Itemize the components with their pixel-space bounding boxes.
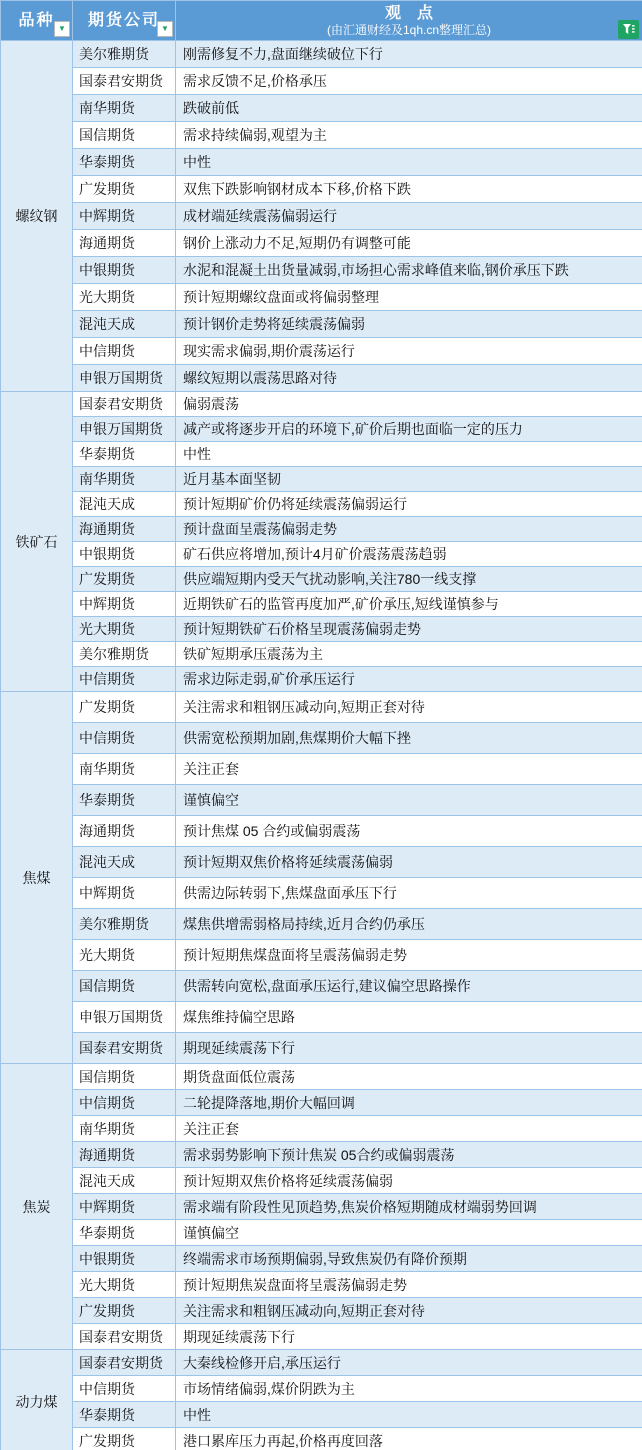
company-cell: 南华期货 [73, 754, 176, 785]
autofilter-funnel-icon[interactable] [618, 20, 639, 39]
company-cell: 中信期货 [73, 338, 176, 365]
company-cell: 中辉期货 [73, 878, 176, 909]
company-cell: 中信期货 [73, 723, 176, 754]
company-cell: 中辉期货 [73, 1194, 176, 1220]
view-cell: 中性 [176, 149, 642, 176]
company-cell: 中信期货 [73, 667, 176, 692]
company-cell: 海通期货 [73, 517, 176, 542]
company-cell: 国信期货 [73, 971, 176, 1002]
view-cell: 现实需求偏弱,期价震荡运行 [176, 338, 642, 365]
table-row: 光大期货预计短期螺纹盘面或将偏弱整理 [1, 284, 642, 311]
table-row: 海通期货预计盘面呈震荡偏弱走势 [1, 517, 642, 542]
company-cell: 国泰君安期货 [73, 68, 176, 95]
header-company: 期货公司 ▼ [73, 1, 176, 41]
table-row: 广发期货双焦下跌影响钢材成本下移,价格下跌 [1, 176, 642, 203]
company-cell: 海通期货 [73, 230, 176, 257]
view-cell: 二轮提降落地,期价大幅回调 [176, 1090, 642, 1116]
company-cell: 广发期货 [73, 176, 176, 203]
table-row: 海通期货需求弱势影响下预计焦炭 05合约或偏弱震荡 [1, 1142, 642, 1168]
company-cell: 美尔雅期货 [73, 909, 176, 940]
view-cell: 减产或将逐步开启的环境下,矿价后期也面临一定的压力 [176, 417, 642, 442]
table-row: 海通期货钢价上涨动力不足,短期仍有调整可能 [1, 230, 642, 257]
company-cell: 国信期货 [73, 1064, 176, 1090]
company-cell: 华泰期货 [73, 785, 176, 816]
table-header: 品种 ▼ 期货公司 ▼ 观 点 (由汇通财经及1qh.cn整理汇总) [1, 1, 642, 41]
table-row: 海通期货预计焦煤 05 合约或偏弱震荡 [1, 816, 642, 847]
company-cell: 中信期货 [73, 1376, 176, 1402]
company-cell: 混沌天成 [73, 847, 176, 878]
view-cell: 预计钢价走势将延续震荡偏弱 [176, 311, 642, 338]
table-row: 华泰期货谨慎偏空 [1, 1220, 642, 1246]
table-row: 广发期货供应端短期内受天气扰动影响,关注780一线支撑 [1, 567, 642, 592]
table-row: 申银万国期货煤焦维持偏空思路 [1, 1002, 642, 1033]
company-cell: 混沌天成 [73, 311, 176, 338]
view-cell: 预计短期铁矿石价格呈现震荡偏弱走势 [176, 617, 642, 642]
table-row: 美尔雅期货铁矿短期承压震荡为主 [1, 642, 642, 667]
company-cell: 中银期货 [73, 542, 176, 567]
table-row: 铁矿石国泰君安期货偏弱震荡 [1, 392, 642, 417]
company-cell: 美尔雅期货 [73, 41, 176, 68]
table-row: 中信期货现实需求偏弱,期价震荡运行 [1, 338, 642, 365]
table-row: 国信期货供需转向宽松,盘面承压运行,建议偏空思路操作 [1, 971, 642, 1002]
header-row: 品种 ▼ 期货公司 ▼ 观 点 (由汇通财经及1qh.cn整理汇总) [1, 1, 642, 41]
variety-header-label: 品种 [18, 7, 54, 30]
view-cell: 港口累库压力再起,价格再度回落 [176, 1428, 642, 1450]
view-cell: 双焦下跌影响钢材成本下移,价格下跌 [176, 176, 642, 203]
view-header-subtitle: (由汇通财经及1qh.cn整理汇总) [176, 23, 642, 38]
view-cell: 预计短期双焦价格将延续震荡偏弱 [176, 1168, 642, 1194]
company-cell: 中辉期货 [73, 203, 176, 230]
table-row: 国泰君安期货需求反馈不足,价格承压 [1, 68, 642, 95]
view-cell: 市场情绪偏弱,煤价阴跌为主 [176, 1376, 642, 1402]
company-header-label: 期货公司 [88, 7, 160, 30]
view-cell: 偏弱震荡 [176, 392, 642, 417]
view-cell: 谨慎偏空 [176, 785, 642, 816]
company-cell: 海通期货 [73, 816, 176, 847]
company-cell: 南华期货 [73, 467, 176, 492]
company-cell: 南华期货 [73, 1116, 176, 1142]
table-row: 华泰期货中性 [1, 442, 642, 467]
company-cell: 华泰期货 [73, 1402, 176, 1428]
table-row: 申银万国期货螺纹短期以震荡思路对待 [1, 365, 642, 392]
company-cell: 华泰期货 [73, 442, 176, 467]
view-cell: 大秦线检修开启,承压运行 [176, 1350, 642, 1376]
view-header: 观 点 (由汇通财经及1qh.cn整理汇总) [176, 4, 642, 38]
table-row: 螺纹钢美尔雅期货刚需修复不力,盘面继续破位下行 [1, 41, 642, 68]
company-cell: 中信期货 [73, 1090, 176, 1116]
table-row: 中信期货市场情绪偏弱,煤价阴跌为主 [1, 1376, 642, 1402]
table-body: 螺纹钢美尔雅期货刚需修复不力,盘面继续破位下行国泰君安期货需求反馈不足,价格承压… [1, 41, 642, 1450]
table-row: 华泰期货中性 [1, 149, 642, 176]
table-row: 光大期货预计短期焦煤盘面将呈震荡偏弱走势 [1, 940, 642, 971]
table-row: 广发期货关注需求和粗钢压减动向,短期正套对待 [1, 1298, 642, 1324]
view-cell: 螺纹短期以震荡思路对待 [176, 365, 642, 392]
company-cell: 广发期货 [73, 567, 176, 592]
company-cell: 国泰君安期货 [73, 392, 176, 417]
view-cell: 预计短期焦煤盘面将呈震荡偏弱走势 [176, 940, 642, 971]
company-cell: 中银期货 [73, 1246, 176, 1272]
table-row: 中信期货供需宽松预期加剧,焦煤期价大幅下挫 [1, 723, 642, 754]
view-cell: 预计短期螺纹盘面或将偏弱整理 [176, 284, 642, 311]
table-row: 广发期货港口累库压力再起,价格再度回落 [1, 1428, 642, 1450]
table-row: 混沌天成预计短期双焦价格将延续震荡偏弱 [1, 1168, 642, 1194]
company-cell: 美尔雅期货 [73, 642, 176, 667]
table-row: 中辉期货需求端有阶段性见顶趋势,焦炭价格短期随成材端弱势回调 [1, 1194, 642, 1220]
view-cell: 需求反馈不足,价格承压 [176, 68, 642, 95]
futures-opinion-table: 品种 ▼ 期货公司 ▼ 观 点 (由汇通财经及1qh.cn整理汇总) [0, 0, 642, 1450]
company-cell: 申银万国期货 [73, 1002, 176, 1033]
view-cell: 需求边际走弱,矿价承压运行 [176, 667, 642, 692]
view-cell: 预计短期双焦价格将延续震荡偏弱 [176, 847, 642, 878]
company-cell: 混沌天成 [73, 492, 176, 517]
view-cell: 期货盘面低位震荡 [176, 1064, 642, 1090]
view-cell: 预计短期焦炭盘面将呈震荡偏弱走势 [176, 1272, 642, 1298]
view-cell: 矿石供应将增加,预计4月矿价震荡震荡趋弱 [176, 542, 642, 567]
company-cell: 海通期货 [73, 1142, 176, 1168]
variety-cell: 焦煤 [1, 692, 73, 1064]
table-row: 光大期货预计短期焦炭盘面将呈震荡偏弱走势 [1, 1272, 642, 1298]
view-header-title: 观 点 [176, 4, 642, 23]
view-cell: 谨慎偏空 [176, 1220, 642, 1246]
funnel-icon [622, 23, 635, 36]
table-row: 混沌天成预计短期双焦价格将延续震荡偏弱 [1, 847, 642, 878]
table-row: 动力煤国泰君安期货大秦线检修开启,承压运行 [1, 1350, 642, 1376]
table-row: 中银期货水泥和混凝土出货量减弱,市场担心需求峰值来临,钢价承压下跌 [1, 257, 642, 284]
view-cell: 刚需修复不力,盘面继续破位下行 [176, 41, 642, 68]
view-cell: 近期铁矿石的监管再度加严,矿价承压,短线谨慎参与 [176, 592, 642, 617]
view-cell: 供需转向宽松,盘面承压运行,建议偏空思路操作 [176, 971, 642, 1002]
company-cell: 光大期货 [73, 284, 176, 311]
view-cell: 关注正套 [176, 1116, 642, 1142]
company-cell: 申银万国期货 [73, 365, 176, 392]
company-cell: 华泰期货 [73, 1220, 176, 1246]
table-row: 中辉期货供需边际转弱下,焦煤盘面承压下行 [1, 878, 642, 909]
table-row: 中银期货矿石供应将增加,预计4月矿价震荡震荡趋弱 [1, 542, 642, 567]
company-cell: 中辉期货 [73, 592, 176, 617]
company-cell: 国泰君安期货 [73, 1033, 176, 1064]
table-row: 华泰期货谨慎偏空 [1, 785, 642, 816]
company-cell: 混沌天成 [73, 1168, 176, 1194]
view-cell: 预计盘面呈震荡偏弱走势 [176, 517, 642, 542]
variety-cell: 螺纹钢 [1, 41, 73, 392]
company-cell: 国信期货 [73, 122, 176, 149]
variety-filter-dropdown-icon[interactable]: ▼ [54, 21, 70, 37]
table-row: 国泰君安期货期现延续震荡下行 [1, 1033, 642, 1064]
view-cell: 供应端短期内受天气扰动影响,关注780一线支撑 [176, 567, 642, 592]
view-cell: 铁矿短期承压震荡为主 [176, 642, 642, 667]
table-row: 混沌天成预计钢价走势将延续震荡偏弱 [1, 311, 642, 338]
table-row: 中辉期货成材端延续震荡偏弱运行 [1, 203, 642, 230]
table-row: 南华期货关注正套 [1, 1116, 642, 1142]
company-cell: 中银期货 [73, 257, 176, 284]
table-row: 国信期货需求持续偏弱,观望为主 [1, 122, 642, 149]
view-cell: 水泥和混凝土出货量减弱,市场担心需求峰值来临,钢价承压下跌 [176, 257, 642, 284]
view-cell: 期现延续震荡下行 [176, 1033, 642, 1064]
table-row: 国泰君安期货期现延续震荡下行 [1, 1324, 642, 1350]
view-cell: 中性 [176, 442, 642, 467]
view-cell: 关注正套 [176, 754, 642, 785]
table-row: 中银期货终端需求市场预期偏弱,导致焦炭仍有降价预期 [1, 1246, 642, 1272]
view-cell: 中性 [176, 1402, 642, 1428]
table-row: 混沌天成预计短期矿价仍将延续震荡偏弱运行 [1, 492, 642, 517]
table-row: 美尔雅期货煤焦供增需弱格局持续,近月合约仍承压 [1, 909, 642, 940]
header-variety: 品种 ▼ [1, 1, 73, 41]
view-cell: 需求弱势影响下预计焦炭 05合约或偏弱震荡 [176, 1142, 642, 1168]
company-cell: 光大期货 [73, 1272, 176, 1298]
view-cell: 煤焦供增需弱格局持续,近月合约仍承压 [176, 909, 642, 940]
table-row: 南华期货近月基本面坚韧 [1, 467, 642, 492]
view-cell: 需求端有阶段性见顶趋势,焦炭价格短期随成材端弱势回调 [176, 1194, 642, 1220]
table-row: 申银万国期货减产或将逐步开启的环境下,矿价后期也面临一定的压力 [1, 417, 642, 442]
view-cell: 需求持续偏弱,观望为主 [176, 122, 642, 149]
view-cell: 钢价上涨动力不足,短期仍有调整可能 [176, 230, 642, 257]
company-filter-dropdown-icon[interactable]: ▼ [157, 21, 173, 37]
view-cell: 跌破前低 [176, 95, 642, 122]
table-row: 焦炭国信期货期货盘面低位震荡 [1, 1064, 642, 1090]
company-cell: 国泰君安期货 [73, 1324, 176, 1350]
company-cell: 申银万国期货 [73, 417, 176, 442]
view-cell: 成材端延续震荡偏弱运行 [176, 203, 642, 230]
view-cell: 近月基本面坚韧 [176, 467, 642, 492]
table-row: 中辉期货近期铁矿石的监管再度加严,矿价承压,短线谨慎参与 [1, 592, 642, 617]
view-cell: 终端需求市场预期偏弱,导致焦炭仍有降价预期 [176, 1246, 642, 1272]
view-cell: 期现延续震荡下行 [176, 1324, 642, 1350]
company-cell: 广发期货 [73, 1428, 176, 1450]
company-cell: 广发期货 [73, 1298, 176, 1324]
table-row: 中信期货二轮提降落地,期价大幅回调 [1, 1090, 642, 1116]
company-cell: 南华期货 [73, 95, 176, 122]
company-cell: 光大期货 [73, 617, 176, 642]
company-cell: 华泰期货 [73, 149, 176, 176]
company-cell: 光大期货 [73, 940, 176, 971]
variety-cell: 铁矿石 [1, 392, 73, 692]
table-row: 南华期货关注正套 [1, 754, 642, 785]
company-cell: 广发期货 [73, 692, 176, 723]
view-cell: 关注需求和粗钢压减动向,短期正套对待 [176, 692, 642, 723]
view-cell: 供需边际转弱下,焦煤盘面承压下行 [176, 878, 642, 909]
view-cell: 预计焦煤 05 合约或偏弱震荡 [176, 816, 642, 847]
view-cell: 预计短期矿价仍将延续震荡偏弱运行 [176, 492, 642, 517]
view-cell: 煤焦维持偏空思路 [176, 1002, 642, 1033]
table-row: 光大期货预计短期铁矿石价格呈现震荡偏弱走势 [1, 617, 642, 642]
variety-cell: 动力煤 [1, 1350, 73, 1450]
view-cell: 供需宽松预期加剧,焦煤期价大幅下挫 [176, 723, 642, 754]
variety-cell: 焦炭 [1, 1064, 73, 1350]
company-cell: 国泰君安期货 [73, 1350, 176, 1376]
table-row: 中信期货需求边际走弱,矿价承压运行 [1, 667, 642, 692]
table-row: 焦煤广发期货关注需求和粗钢压减动向,短期正套对待 [1, 692, 642, 723]
table-row: 华泰期货中性 [1, 1402, 642, 1428]
header-view: 观 点 (由汇通财经及1qh.cn整理汇总) [176, 1, 642, 41]
view-cell: 关注需求和粗钢压减动向,短期正套对待 [176, 1298, 642, 1324]
table-row: 南华期货跌破前低 [1, 95, 642, 122]
